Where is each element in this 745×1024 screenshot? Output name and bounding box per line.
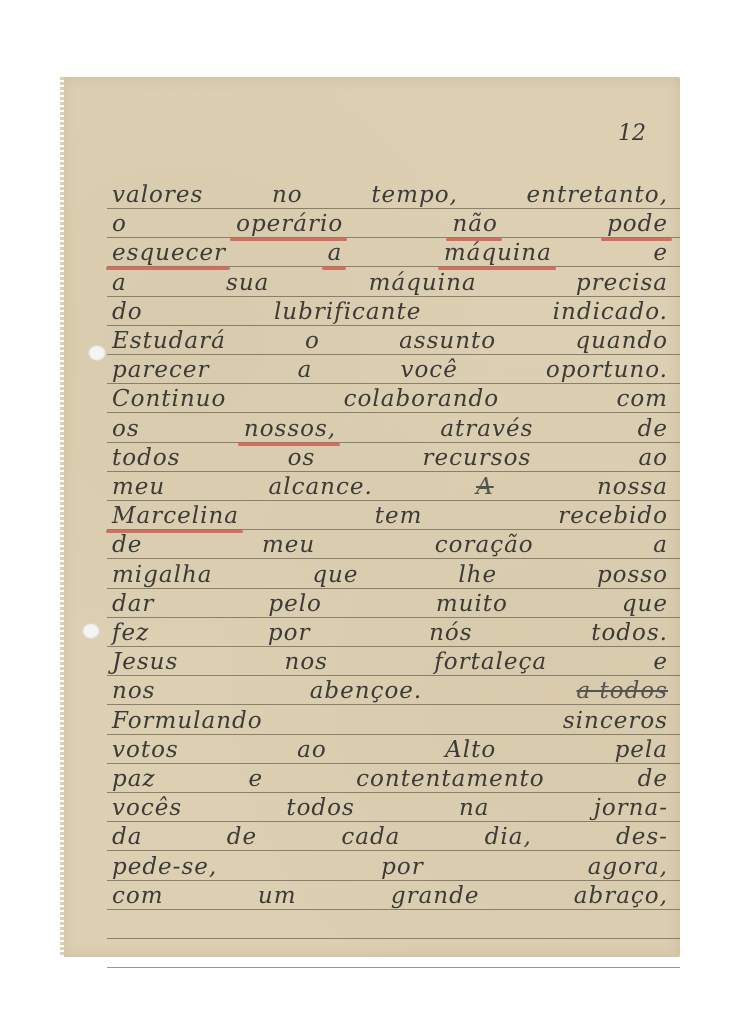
word: a (298, 356, 313, 384)
word: todos (112, 444, 180, 472)
word: por (381, 853, 424, 881)
word: des- (616, 823, 668, 851)
text-line: comumgrandeabraço, (112, 882, 668, 910)
word: tem (375, 502, 423, 530)
word: lhe (458, 561, 497, 589)
word: lubrificante (274, 298, 421, 326)
word: sua (226, 269, 269, 297)
word: no (272, 181, 303, 209)
word: pelo (268, 590, 322, 618)
word: abraço, (574, 882, 668, 910)
underlined-word: nossos, (244, 415, 336, 443)
word: oportuno. (546, 356, 668, 384)
text-line: pazecontentamentode (112, 765, 668, 793)
word: tempo, (371, 181, 458, 209)
word: indicado. (553, 298, 668, 326)
word: nos (285, 648, 328, 676)
word: na (459, 794, 490, 822)
text-line: todososrecursosao (112, 444, 668, 472)
word: meu (112, 473, 165, 501)
word: os (288, 444, 316, 472)
word: Formulando (112, 707, 263, 735)
underlined-word: máquina (444, 239, 552, 267)
word: máquina (369, 269, 477, 297)
word: através (440, 415, 533, 443)
word: jorna- (594, 794, 668, 822)
word: todos. (591, 619, 668, 647)
word: quando (575, 327, 668, 355)
punch-hole-top (88, 345, 106, 361)
punch-hole-bottom (82, 623, 100, 639)
word: Alto (445, 736, 496, 764)
text-line: valoresnotempo,entretanto, (112, 181, 668, 209)
text-line: Continuocolaborandocom (112, 385, 668, 413)
word: recursos (423, 444, 532, 472)
text-line: migalhaquelheposso (112, 561, 668, 589)
underlined-word: esquecer (112, 239, 226, 267)
word: pede-se, (112, 853, 217, 881)
letter-page: 12 valoresnotempo,entretanto,ooperárionã… (62, 77, 680, 957)
word: votos (112, 736, 179, 764)
text-line: asuamáquinaprecisa (112, 269, 668, 297)
word: vocês (112, 794, 182, 822)
word: recebido (558, 502, 668, 530)
ruled-line (107, 967, 680, 968)
underlined-word: pode (607, 210, 668, 238)
text-line: Jesusnosfortaleçae (112, 648, 668, 676)
word: ao (638, 444, 668, 472)
word: colaborando (344, 385, 499, 413)
underlined-word: a (328, 239, 343, 267)
text-line: osnossos,atravésde (112, 415, 668, 443)
word: fortaleça (434, 648, 547, 676)
word: sinceros (563, 707, 668, 735)
underlined-word: Marcelina (112, 502, 239, 530)
text-line: fezpornóstodos. (112, 619, 668, 647)
word: migalha (112, 561, 212, 589)
text-line: ooperárionãopode (112, 210, 668, 238)
text-line: pede-se,poragora, (112, 853, 668, 881)
struck-word: a todos (576, 677, 668, 705)
text-line: Estudaráoassuntoquando (112, 327, 668, 355)
word: que (312, 561, 358, 589)
word: precisa (576, 269, 668, 297)
word: contentamento (356, 765, 545, 793)
word: assunto (399, 327, 496, 355)
word: do (112, 298, 143, 326)
word: alcance. (269, 473, 373, 501)
word: agora, (588, 853, 668, 881)
word: cada (341, 823, 400, 851)
word: valores (112, 181, 203, 209)
word: que (622, 590, 668, 618)
struck-word: A (476, 473, 494, 501)
word: Jesus (112, 648, 178, 676)
word: os (112, 415, 140, 443)
word: abençoe. (310, 677, 423, 705)
word: dia, (485, 823, 532, 851)
word: todos (286, 794, 354, 822)
word: com (112, 882, 164, 910)
word: a (112, 269, 127, 297)
word: o (305, 327, 320, 355)
text-line: Formulandosinceros (112, 707, 668, 735)
word: meu (262, 531, 315, 559)
word: posso (597, 561, 668, 589)
text-line: darpelomuitoque (112, 590, 668, 618)
word: paz (112, 765, 156, 793)
text-line: Marcelinatemrecebido (112, 502, 668, 530)
word: e (653, 239, 668, 267)
text-line: meualcance.Anossa (112, 473, 668, 501)
word: e (653, 648, 668, 676)
text-line: pareceravocêoportuno. (112, 356, 668, 384)
ruled-line (107, 938, 680, 939)
word: nós (429, 619, 472, 647)
text-line: dolubrificanteindicado. (112, 298, 668, 326)
text-line: vocêstodosnajorna- (112, 794, 668, 822)
word: ao (297, 736, 327, 764)
text-line: nosabençoe.a todos (112, 677, 668, 705)
text-line: votosaoAltopela (112, 736, 668, 764)
word: você (400, 356, 457, 384)
page-number: 12 (618, 121, 646, 146)
word: grande (391, 882, 480, 910)
word: muito (436, 590, 508, 618)
underlined-word: não (452, 210, 497, 238)
text-line: dadecadadia,des- (112, 823, 668, 851)
word: de (112, 531, 142, 559)
word: nos (112, 677, 155, 705)
word: de (638, 765, 668, 793)
word: Estudará (112, 327, 226, 355)
word: a (653, 531, 668, 559)
word: de (227, 823, 257, 851)
word: o (112, 210, 127, 238)
word: Continuo (112, 385, 226, 413)
word: por (268, 619, 311, 647)
word: e (249, 765, 264, 793)
word: nossa (597, 473, 668, 501)
word: parecer (112, 356, 210, 384)
word: pela (615, 736, 668, 764)
word: entretanto, (527, 181, 668, 209)
word: um (258, 882, 297, 910)
text-line: demeucoraçãoa (112, 531, 668, 559)
word: de (638, 415, 668, 443)
word: fez (112, 619, 149, 647)
word: da (112, 823, 142, 851)
underlined-word: operário (236, 210, 343, 238)
word: coração (435, 531, 534, 559)
word: dar (112, 590, 154, 618)
word: com (616, 385, 668, 413)
text-line: esqueceramáquinae (112, 239, 668, 267)
